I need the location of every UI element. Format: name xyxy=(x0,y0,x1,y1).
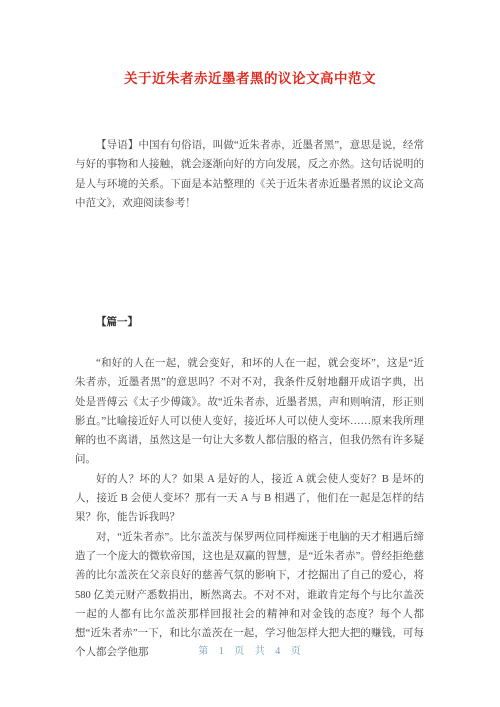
page-footer: 第 1 页 共 4 页 xyxy=(0,642,500,661)
body-paragraph-2: 好的人？坏的人？如果 A 是好的人，接近 A 就会使人变好？B 是坏的人，接近 … xyxy=(75,470,424,528)
body-paragraph-1: “和好的人在一起，就会变好，和坏的人在一起，就会变坏”，这是“近朱者赤，近墨者黑… xyxy=(75,354,424,470)
page-number-indicator: 第 1 页 共 4 页 xyxy=(198,646,302,657)
intro-paragraph: 【导语】中国有句俗语，叫做“近朱者赤，近墨者黑”，意思是说，经常与好的事物和人接… xyxy=(75,136,424,213)
document-title: 关于近朱者赤近墨者黑的议论文高中范文 xyxy=(0,69,500,89)
document-body: “和好的人在一起，就会变好，和坏的人在一起，就会变坏”，这是“近朱者赤，近墨者黑… xyxy=(75,354,424,663)
section-heading: 【篇一】 xyxy=(75,313,424,332)
document-page: 关于近朱者赤近墨者黑的议论文高中范文 【导语】中国有句俗语，叫做“近朱者赤，近墨… xyxy=(0,0,500,707)
